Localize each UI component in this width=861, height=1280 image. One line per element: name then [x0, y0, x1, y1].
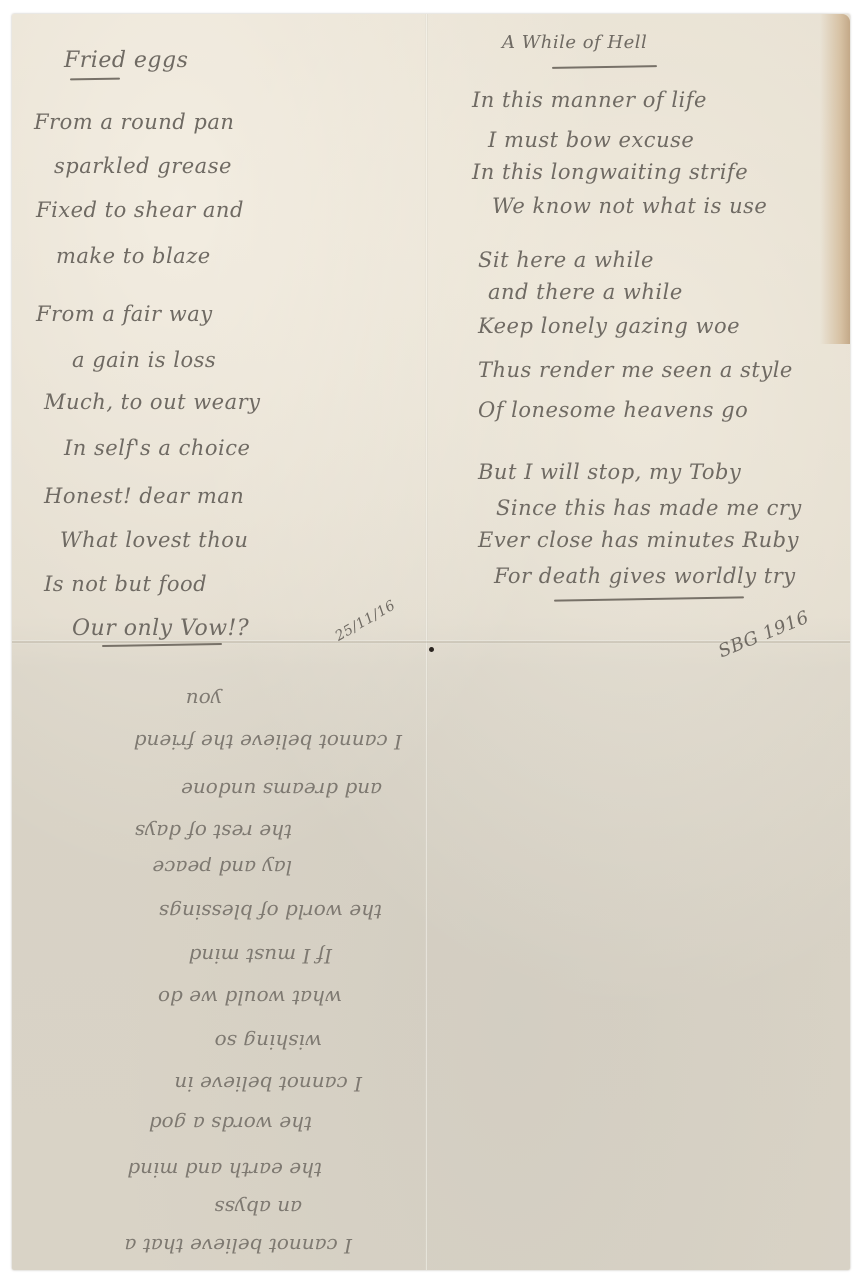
poem-line: make to blaze	[56, 246, 211, 267]
note-line: you	[186, 688, 222, 712]
poem-line: Keep lonely gazing woe	[478, 316, 740, 337]
poem-line: From a fair way	[36, 304, 213, 325]
signature: SBG 1916	[716, 609, 812, 662]
poem-line: Thus render me seen a style	[478, 360, 793, 381]
poem-line: Of lonesome heavens go	[478, 400, 748, 421]
poem-line: Much, to out weary	[44, 392, 261, 413]
note-line: wishing so	[215, 1030, 322, 1054]
note-line: the rest of days	[135, 820, 292, 844]
poem-line: Since this has made me cry	[496, 498, 802, 519]
note-line: If I must mind	[189, 944, 332, 968]
note-line: an abyss	[214, 1196, 302, 1220]
manuscript-sheet: Fried eggs From a round pan sparkled gre…	[12, 14, 850, 1270]
title-underline	[552, 65, 657, 69]
poem-line: But I will stop, my Toby	[478, 462, 741, 483]
poem-line: Honest! dear man	[44, 486, 244, 507]
poem-line: a gain is loss	[72, 350, 216, 371]
poem-title: Fried eggs	[64, 50, 188, 72]
poem-line-final: Our only Vow!?	[72, 618, 249, 640]
note-line: the earth and mind	[127, 1158, 322, 1182]
final-line-underline	[554, 596, 744, 601]
poem-line: We know not what is use	[492, 196, 767, 217]
poem-line: In this manner of life	[472, 90, 707, 111]
edge-stain	[820, 14, 850, 344]
note-line: I cannot believe that a	[125, 1234, 353, 1258]
poem-line: and there a while	[488, 282, 683, 303]
note-line: I cannot believe in	[174, 1072, 362, 1096]
upside-down-note: I cannot believe that a an abyss the ear…	[42, 674, 422, 1264]
note-line: and dreams undone	[181, 778, 382, 802]
poem-line: Ever close has minutes Ruby	[478, 530, 799, 551]
poem-line: In this longwaiting strife	[472, 162, 748, 183]
poem-line: Sit here a while	[478, 250, 654, 271]
note-line: I cannot believe the friend	[134, 730, 402, 754]
note-line: the words a god	[149, 1112, 312, 1136]
note-line: what would we do	[158, 986, 342, 1010]
poem-line: I must bow excuse	[488, 130, 694, 151]
poem-line: For death gives worldly try	[494, 566, 796, 587]
poem-line: From a round pan	[34, 112, 234, 133]
poem-line: What lovest thou	[60, 530, 248, 551]
poem-line: Fixed to shear and	[36, 200, 244, 221]
note-line: lay and peace	[152, 856, 292, 880]
poem-line: Is not but food	[44, 574, 207, 595]
date-mark: 25/11/16	[333, 598, 398, 644]
poem-line: In self's a choice	[64, 438, 250, 459]
title-underline	[70, 78, 120, 81]
note-line: the world of blessings	[159, 900, 382, 924]
poem-line: sparkled grease	[54, 156, 232, 177]
poem-title: A While of Hell	[502, 34, 647, 52]
fold-hole	[429, 647, 434, 652]
